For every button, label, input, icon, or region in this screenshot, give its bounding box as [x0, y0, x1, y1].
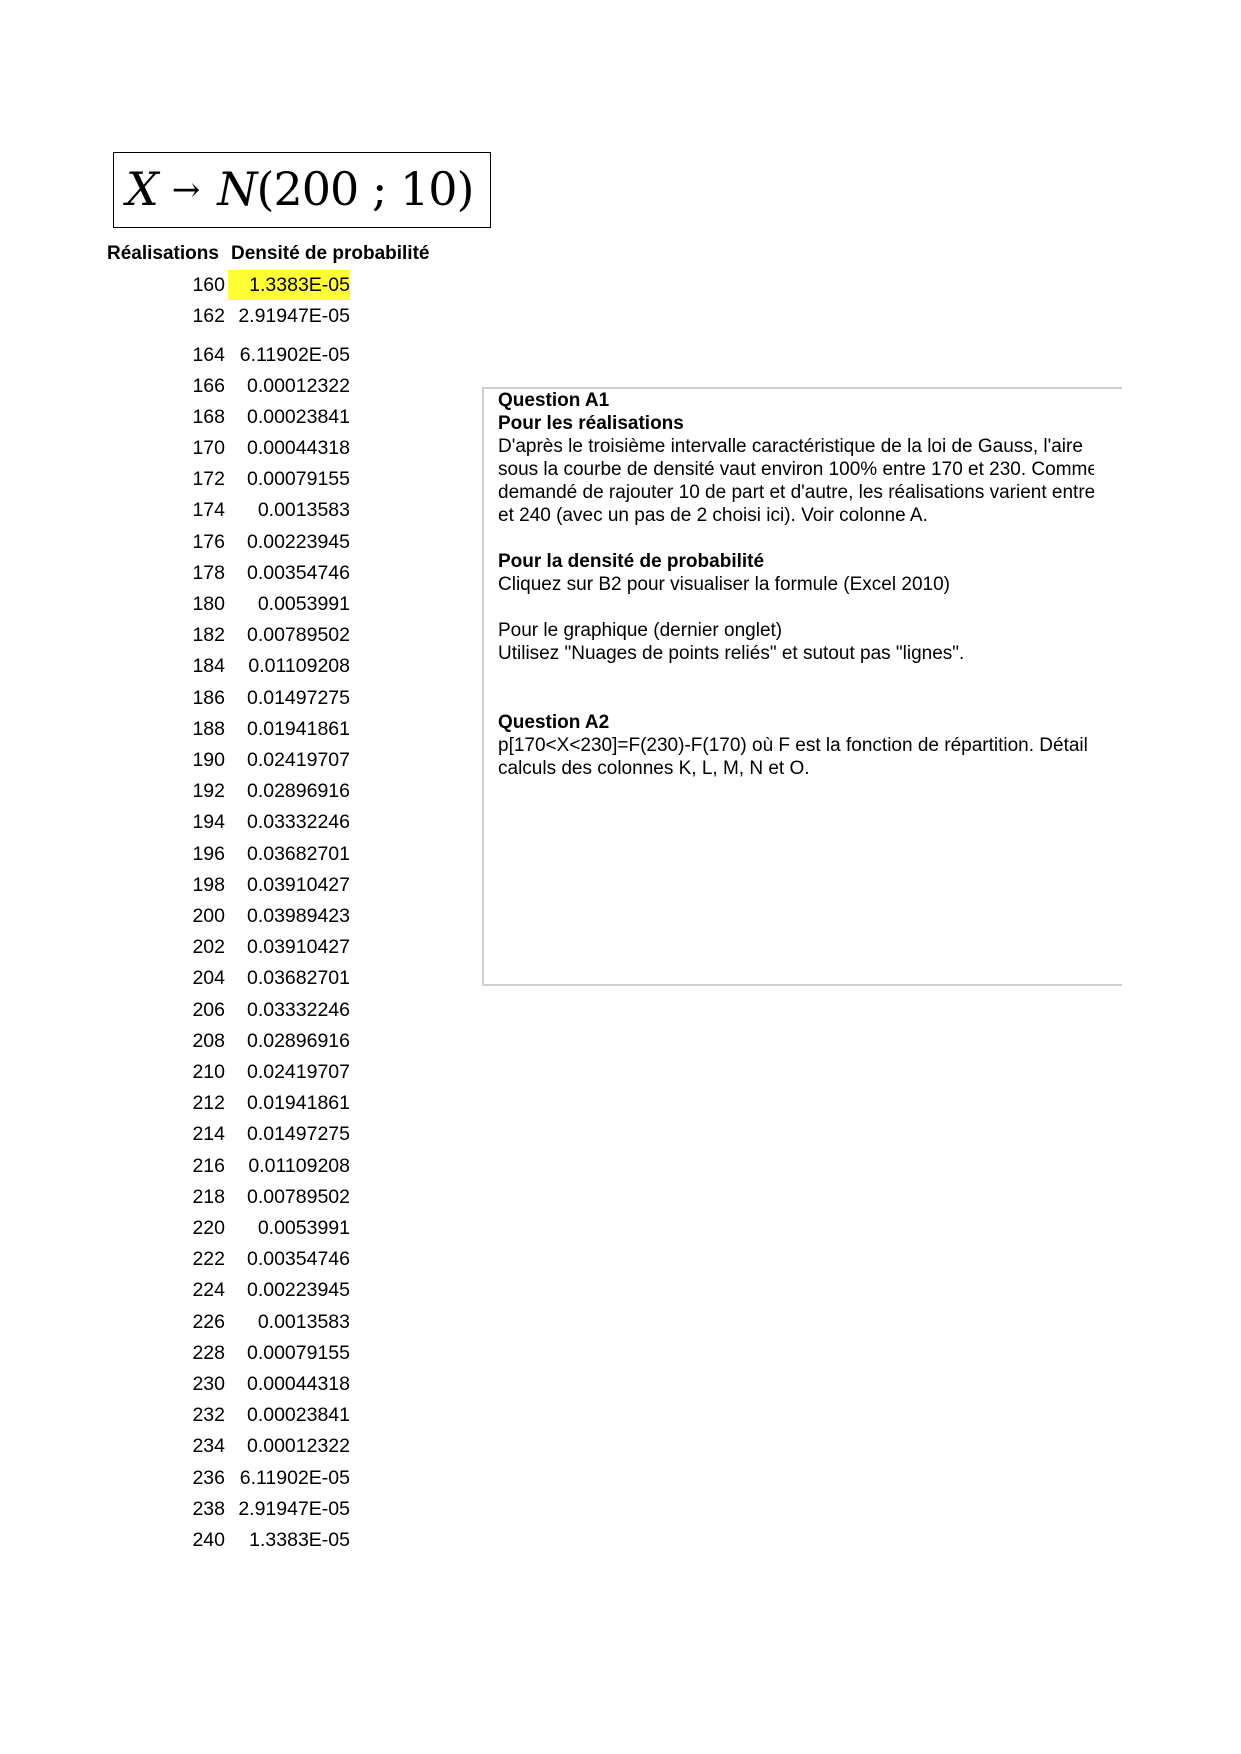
table-row: 2401.3383E-05	[0, 1525, 360, 1555]
realisation-cell[interactable]: 218	[192, 1182, 225, 1212]
realisation-cell[interactable]: 232	[192, 1400, 225, 1430]
density-instruction: Cliquez sur B2 pour visualiser la formul…	[498, 573, 1094, 596]
density-cell[interactable]: 6.11902E-05	[228, 340, 350, 370]
realisation-cell[interactable]: 164	[192, 340, 225, 370]
q1-paragraph-line: et 240 (avec un pas de 2 choisi ici). Vo…	[498, 504, 1094, 527]
table-row: 1700.00044318	[0, 433, 360, 463]
density-cell[interactable]: 0.02419707	[228, 745, 350, 775]
table-row: 2180.00789502	[0, 1182, 360, 1212]
realisation-cell[interactable]: 182	[192, 620, 225, 650]
density-cell[interactable]: 0.00789502	[228, 1182, 350, 1212]
realisation-cell[interactable]: 220	[192, 1213, 225, 1243]
table-row: 2000.03989423	[0, 901, 360, 931]
realisation-cell[interactable]: 204	[192, 963, 225, 993]
realisation-cell[interactable]: 214	[192, 1119, 225, 1149]
realisation-cell[interactable]: 194	[192, 807, 225, 837]
density-cell[interactable]: 0.02896916	[228, 1026, 350, 1056]
table-row: 1646.11902E-05	[0, 340, 360, 370]
formula-distribution: N	[217, 162, 256, 216]
realisation-cell[interactable]: 222	[192, 1244, 225, 1274]
density-cell[interactable]: 0.00012322	[228, 371, 350, 401]
realisation-cell[interactable]: 240	[192, 1525, 225, 1555]
density-cell[interactable]: 6.11902E-05	[228, 1463, 350, 1493]
q2-paragraph-line: p[170<X<230]=F(230)-F(170) où F est la f…	[498, 734, 1094, 757]
table-row: 2220.00354746	[0, 1244, 360, 1274]
density-cell[interactable]: 0.0053991	[228, 1213, 350, 1243]
realisation-cell[interactable]: 162	[192, 301, 225, 331]
density-cell[interactable]: 0.02419707	[228, 1057, 350, 1087]
density-cell[interactable]: 0.03682701	[228, 839, 350, 869]
arrow-icon: →	[172, 170, 200, 210]
density-cell[interactable]: 1.3383E-05	[228, 1525, 350, 1555]
realisation-cell[interactable]: 226	[192, 1307, 225, 1337]
density-cell[interactable]: 0.03332246	[228, 807, 350, 837]
realisation-cell[interactable]: 192	[192, 776, 225, 806]
q2-paragraph-line: calculs des colonnes K, L, M, N et O.	[498, 757, 1094, 780]
table-row: 2140.01497275	[0, 1119, 360, 1149]
density-cell[interactable]: 0.03682701	[228, 963, 350, 993]
density-cell[interactable]: 0.00044318	[228, 1369, 350, 1399]
realisation-cell[interactable]: 210	[192, 1057, 225, 1087]
table-row: 2160.01109208	[0, 1151, 360, 1181]
table-row: 2320.00023841	[0, 1400, 360, 1430]
table-row: 1940.03332246	[0, 807, 360, 837]
density-cell[interactable]: 0.00223945	[228, 527, 350, 557]
density-cell[interactable]: 0.00012322	[228, 1431, 350, 1461]
table-row: 2260.0013583	[0, 1307, 360, 1337]
density-cell[interactable]: 0.01497275	[228, 683, 350, 713]
density-cell[interactable]: 0.03332246	[228, 995, 350, 1025]
table-row: 2120.01941861	[0, 1088, 360, 1118]
formula-variable: X	[126, 162, 158, 216]
table-row: 1840.01109208	[0, 651, 360, 681]
density-cell[interactable]: 0.00789502	[228, 620, 350, 650]
density-subtitle: Pour la densité de probabilité	[498, 550, 1094, 573]
density-cell[interactable]: 1.3383E-05	[228, 270, 350, 300]
realisation-cell[interactable]: 180	[192, 589, 225, 619]
instructions-textbox[interactable]: Question A1 Pour les réalisations D'aprè…	[482, 380, 1094, 1000]
column-header-realisations: Réalisations	[107, 242, 219, 266]
density-cell[interactable]: 0.0013583	[228, 1307, 350, 1337]
realisation-cell[interactable]: 172	[192, 464, 225, 494]
realisations-subtitle: Pour les réalisations	[498, 412, 1094, 435]
density-cell[interactable]: 0.00354746	[228, 558, 350, 588]
density-cell[interactable]: 0.01109208	[228, 651, 350, 681]
density-cell[interactable]: 0.01941861	[228, 1088, 350, 1118]
density-cell[interactable]: 0.00354746	[228, 1244, 350, 1274]
table-row: 1880.01941861	[0, 714, 360, 744]
question-a1-title: Question A1	[498, 389, 1094, 412]
table-row: 1680.00023841	[0, 402, 360, 432]
realisation-cell[interactable]: 174	[192, 495, 225, 525]
q1-paragraph-line: D'après le troisième intervalle caractér…	[498, 435, 1094, 458]
density-cell[interactable]: 0.03910427	[228, 932, 350, 962]
density-cell[interactable]: 0.00044318	[228, 433, 350, 463]
realisation-cell[interactable]: 206	[192, 995, 225, 1025]
realisation-cell[interactable]: 224	[192, 1275, 225, 1305]
table-row: 2060.03332246	[0, 995, 360, 1025]
table-row: 1660.00012322	[0, 371, 360, 401]
density-cell[interactable]: 0.03989423	[228, 901, 350, 931]
realisation-cell[interactable]: 188	[192, 714, 225, 744]
realisation-cell[interactable]: 196	[192, 839, 225, 869]
density-cell[interactable]: 0.00079155	[228, 1338, 350, 1368]
table-row: 1740.0013583	[0, 495, 360, 525]
density-cell[interactable]: 0.0053991	[228, 589, 350, 619]
table-row: 2280.00079155	[0, 1338, 360, 1368]
realisation-cell[interactable]: 212	[192, 1088, 225, 1118]
table-row: 1720.00079155	[0, 464, 360, 494]
density-cell[interactable]: 2.91947E-05	[228, 1494, 350, 1524]
q1-paragraph-line: sous la courbe de densité vaut environ 1…	[498, 458, 1094, 481]
realisation-cell[interactable]: 184	[192, 651, 225, 681]
table-row: 2366.11902E-05	[0, 1463, 360, 1493]
density-cell[interactable]: 0.01497275	[228, 1119, 350, 1149]
realisation-cell[interactable]: 166	[192, 371, 225, 401]
graph-instruction: Utilisez "Nuages de points reliés" et su…	[498, 642, 1094, 665]
table-row: 2340.00012322	[0, 1431, 360, 1461]
table-row: 1920.02896916	[0, 776, 360, 806]
table-row: 2240.00223945	[0, 1275, 360, 1305]
realisation-cell[interactable]: 160	[192, 270, 225, 300]
table-row: 1800.0053991	[0, 589, 360, 619]
table-row: 2300.00044318	[0, 1369, 360, 1399]
graph-instruction-title: Pour le graphique (dernier onglet)	[498, 619, 1094, 642]
density-cell[interactable]: 0.00023841	[228, 402, 350, 432]
realisation-cell[interactable]: 168	[192, 402, 225, 432]
density-cell[interactable]: 0.00223945	[228, 1275, 350, 1305]
table-row: 1601.3383E-05	[0, 270, 360, 300]
table-row: 1980.03910427	[0, 870, 360, 900]
realisation-cell[interactable]: 228	[192, 1338, 225, 1368]
realisation-cell[interactable]: 200	[192, 901, 225, 931]
realisation-cell[interactable]: 234	[192, 1431, 225, 1461]
table-row: 2382.91947E-05	[0, 1494, 360, 1524]
formula-box: X→N(200 ; 10)	[113, 152, 491, 228]
table-row: 2080.02896916	[0, 1026, 360, 1056]
realisation-cell[interactable]: 170	[192, 433, 225, 463]
table-row: 2200.0053991	[0, 1213, 360, 1243]
table-row: 1960.03682701	[0, 839, 360, 869]
table-row: 2100.02419707	[0, 1057, 360, 1087]
table-row: 2040.03682701	[0, 963, 360, 993]
density-cell[interactable]: 0.01941861	[228, 714, 350, 744]
table-row: 1820.00789502	[0, 620, 360, 650]
realisation-cell[interactable]: 230	[192, 1369, 225, 1399]
table-row: 1780.00354746	[0, 558, 360, 588]
table-row: 1860.01497275	[0, 683, 360, 713]
realisation-cell[interactable]: 202	[192, 932, 225, 962]
realisation-cell[interactable]: 190	[192, 745, 225, 775]
table-row: 2020.03910427	[0, 932, 360, 962]
column-header-density: Densité de probabilité	[231, 242, 429, 266]
realisation-cell[interactable]: 178	[192, 558, 225, 588]
density-cell[interactable]: 2.91947E-05	[228, 301, 350, 331]
formula-parameters: (200 ; 10)	[257, 162, 474, 216]
q1-paragraph-line: demandé de rajouter 10 de part et d'autr…	[498, 481, 1094, 504]
table-row: 1900.02419707	[0, 745, 360, 775]
density-cell[interactable]: 0.00023841	[228, 1400, 350, 1430]
density-cell[interactable]: 0.02896916	[228, 776, 350, 806]
distribution-formula: X→N(200 ; 10)	[126, 157, 473, 226]
realisation-cell[interactable]: 208	[192, 1026, 225, 1056]
table-row: 1622.91947E-05	[0, 301, 360, 331]
realisation-cell[interactable]: 176	[192, 527, 225, 557]
realisation-cell[interactable]: 238	[192, 1494, 225, 1524]
density-cell[interactable]: 0.01109208	[228, 1151, 350, 1181]
realisation-cell[interactable]: 186	[192, 683, 225, 713]
table-row: 1760.00223945	[0, 527, 360, 557]
realisation-cell[interactable]: 198	[192, 870, 225, 900]
density-cell[interactable]: 0.0013583	[228, 495, 350, 525]
density-cell[interactable]: 0.03910427	[228, 870, 350, 900]
question-a2-title: Question A2	[498, 711, 1094, 734]
density-cell[interactable]: 0.00079155	[228, 464, 350, 494]
realisation-cell[interactable]: 216	[192, 1151, 225, 1181]
realisation-cell[interactable]: 236	[192, 1463, 225, 1493]
